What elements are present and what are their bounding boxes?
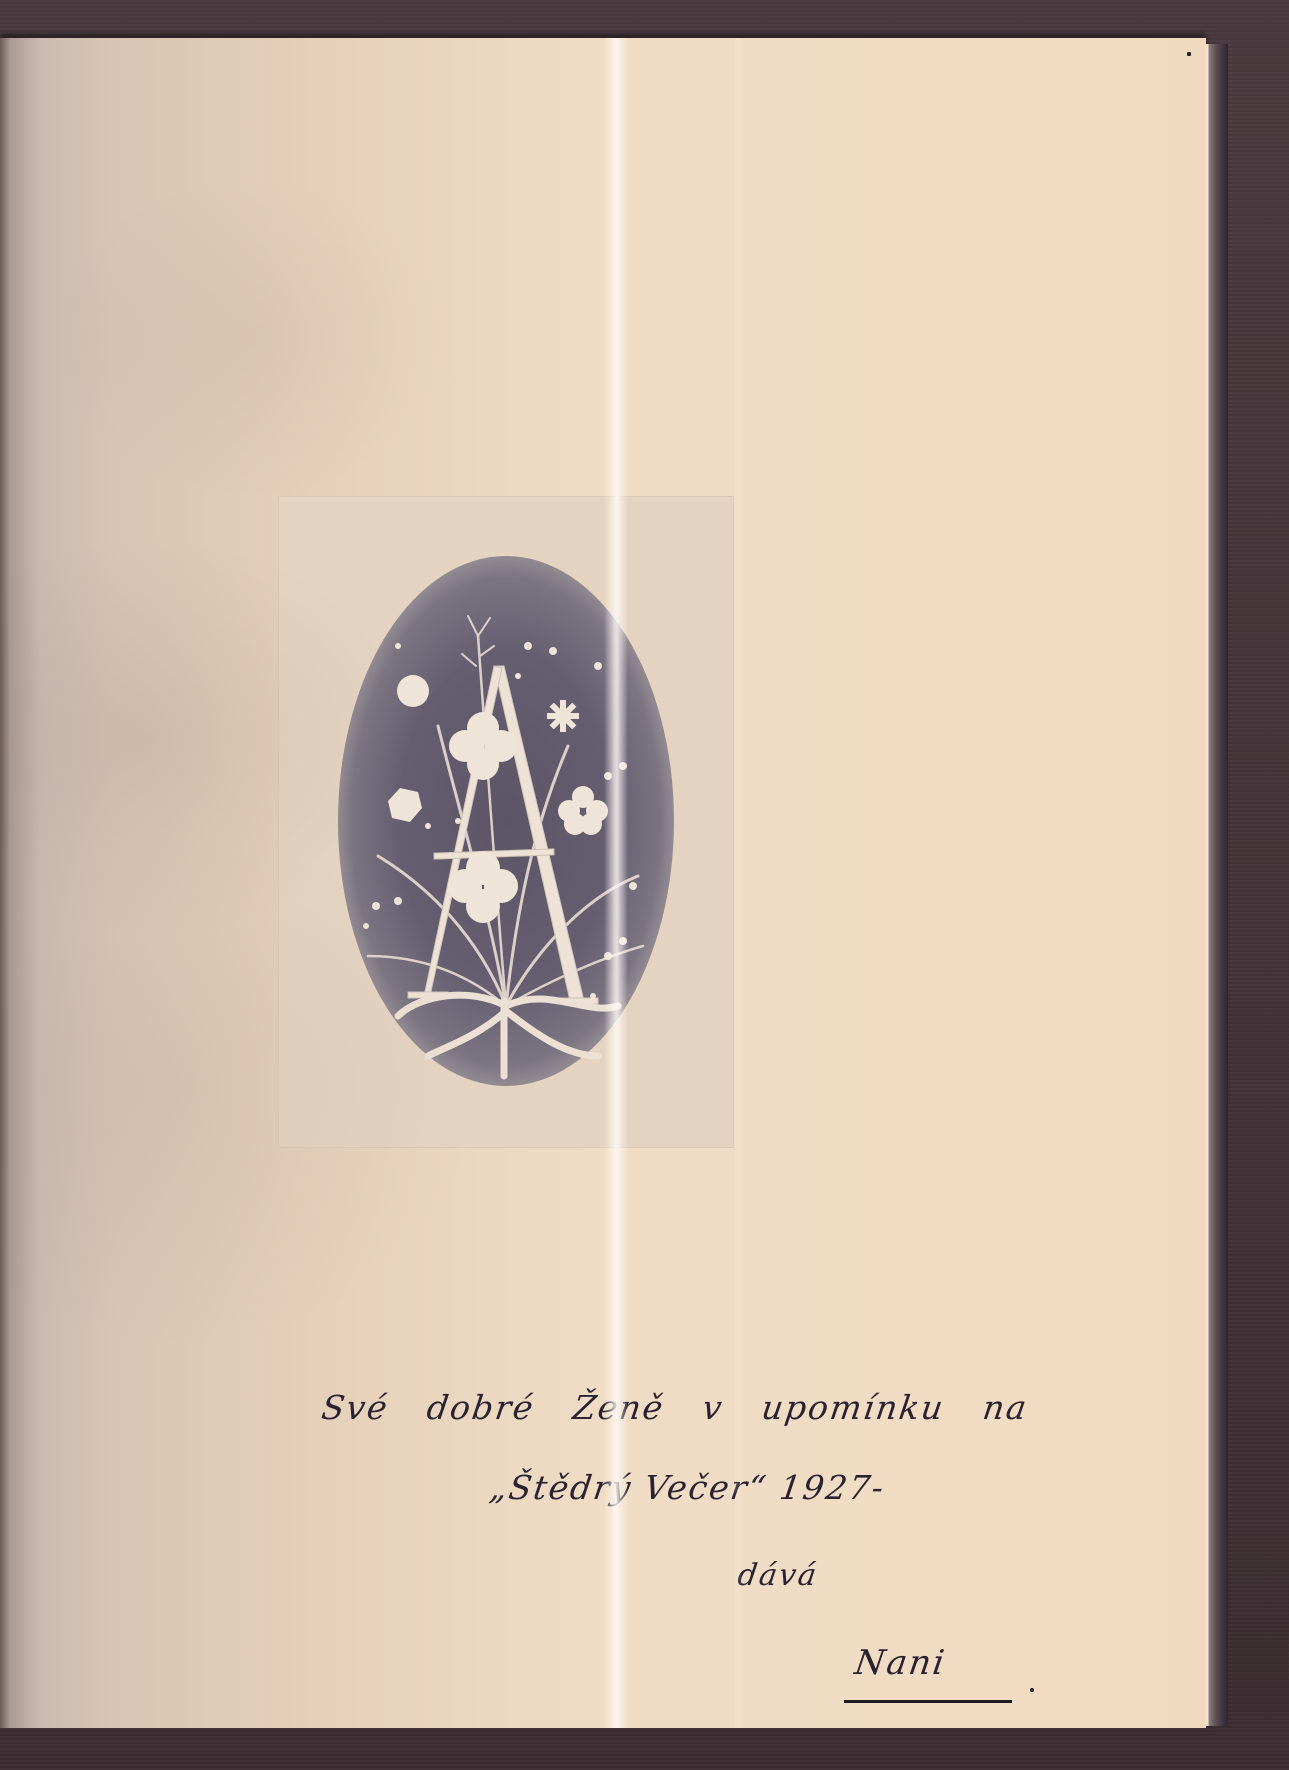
dedication-line-1: Své dobré Ženě v upomínku na <box>319 1388 1031 1427</box>
signature-period <box>1030 1688 1034 1692</box>
signature: Nani <box>852 1643 948 1683</box>
paper-speck <box>1187 52 1191 56</box>
dedication-line-3: dává <box>736 1558 821 1593</box>
scanner-light-streak-faint <box>735 38 741 1728</box>
signature-underline <box>844 1700 1012 1703</box>
page-edge-shadow <box>1206 44 1228 1726</box>
book-page: Své dobré Ženě v upomínku na „Štědrý Več… <box>0 38 1206 1728</box>
handwritten-dedication: Své dobré Ženě v upomínku na „Štědrý Več… <box>0 38 1206 1728</box>
dedication-line-2: „Štědrý Večer“ 1927- <box>487 1468 888 1507</box>
